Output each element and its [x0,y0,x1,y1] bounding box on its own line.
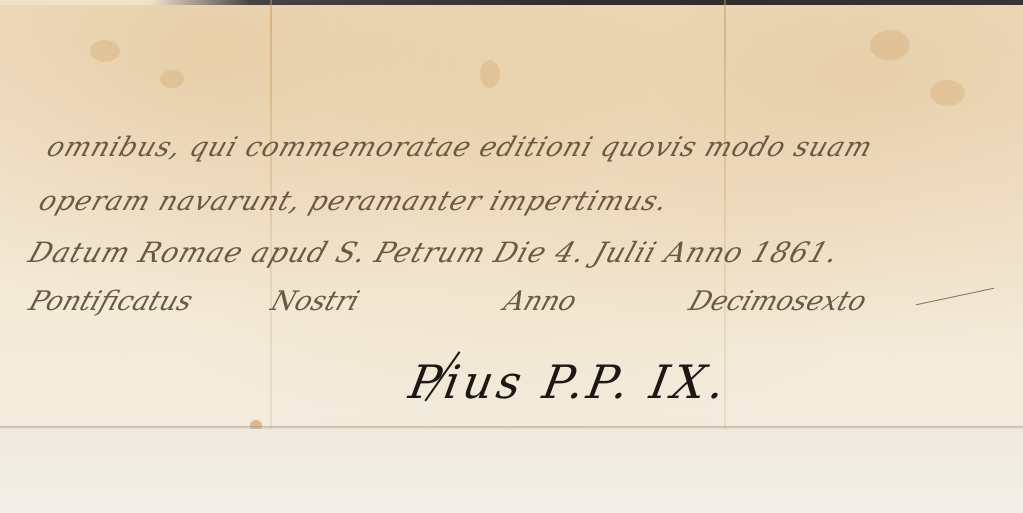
closing-word-nostri: Nostri [267,286,363,317]
foxing-spot [480,60,500,88]
text-line-3-date: Datum Romae apud S. Petrum Die 4. Julii … [25,236,844,269]
closing-word-pontificatus: Pontificatus [25,286,197,317]
lower-paper-panel [0,429,1023,513]
closing-flourish [916,288,994,306]
scan-top-edge [0,0,1023,5]
foxing-spot [870,30,910,60]
signature: Pius P.P. IX. [405,355,733,409]
text-line-1: omnibus, qui commemoratae editioni quovi… [43,132,877,163]
document-page: omnibus, qui commemoratae editioni quovi… [0,0,1023,513]
foxing-spot [90,40,120,62]
foxing-spot [160,70,184,88]
closing-word-anno: Anno [500,286,581,317]
closing-word-decimosexto: Decimosexto [685,286,870,317]
foxing-spot [930,80,965,106]
text-line-2: operam navarunt, peramanter impertimus. [35,186,672,217]
